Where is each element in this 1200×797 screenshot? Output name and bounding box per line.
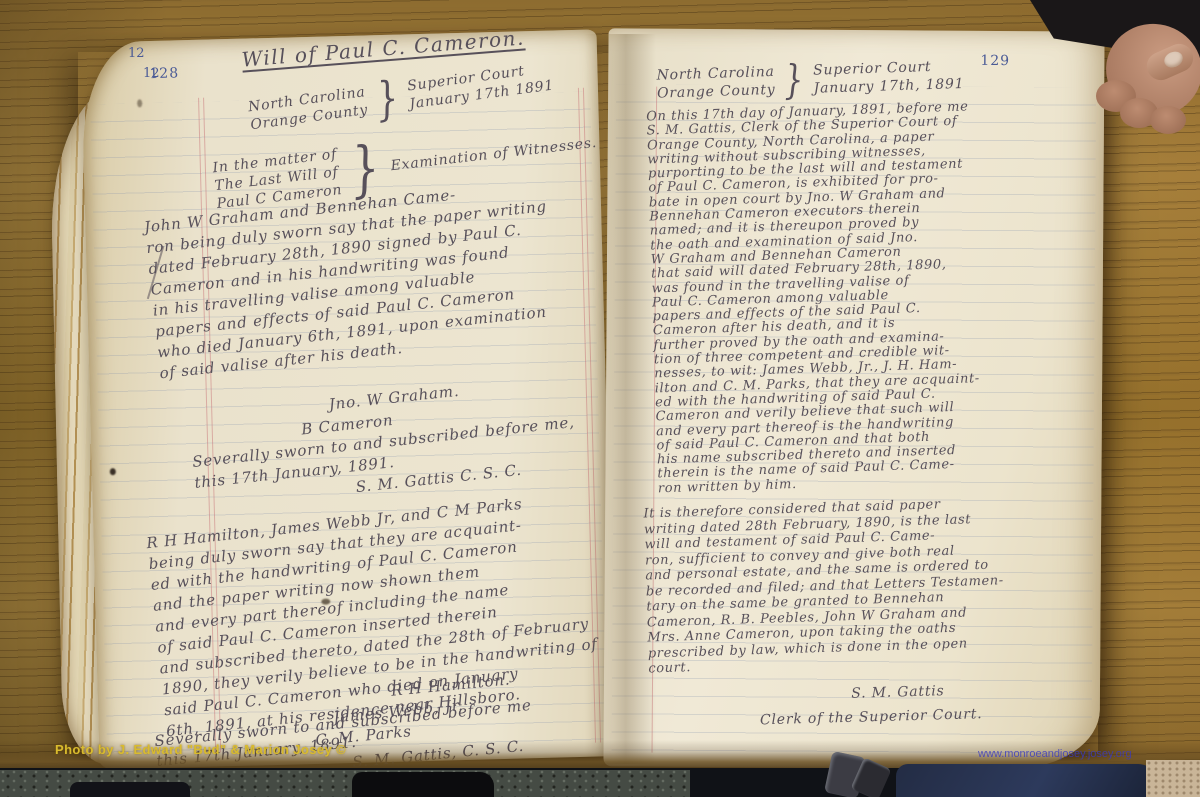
caption-right-column: Examination of Witnesses.	[390, 134, 598, 175]
age-spot	[137, 99, 142, 107]
handwritten-line: Orange County	[657, 81, 776, 103]
dark-object	[70, 782, 190, 797]
handwritten-line: Examination of Witnesses.	[390, 134, 598, 175]
brace-glyph: }	[350, 159, 381, 180]
blue-fabric	[896, 764, 1158, 797]
website-watermark: www.monroeandjosey.josey.org	[978, 748, 1132, 760]
patterned-fabric	[1146, 760, 1200, 797]
probate-order-paragraph-1: On this 17th day of January, 1891, befor…	[646, 100, 983, 496]
hand-finger	[1150, 106, 1186, 134]
clerk-signature-block: S. M. GattisClerk of the Superior Court.	[759, 678, 983, 732]
caption-right-column: Superior CourtJanuary 17th, 1891	[813, 57, 965, 98]
photo-will-book-spread: 12 12 128 Will of Paul C. Cameron. North…	[0, 0, 1200, 797]
ledger-left-page: 128 Will of Paul C. Cameron. North Carol…	[81, 29, 616, 769]
under-page-number: 12	[143, 66, 160, 81]
dark-object	[352, 772, 494, 797]
probate-order-paragraph-2: It is therefore considered that said pap…	[643, 495, 1006, 677]
handwritten-line: S. M. Gattis	[851, 678, 982, 706]
caption-left-column: North CarolinaOrange County	[656, 63, 775, 103]
page-number-129: 129	[980, 53, 1010, 69]
ledger-right-page: 129 North CarolinaOrange County } Superi…	[603, 28, 1104, 769]
metal-clamp	[822, 750, 900, 797]
age-spot	[110, 468, 116, 475]
photographer-watermark: Photo by J. Edward "Bud" & Marion Josey …	[55, 742, 346, 757]
hand	[1098, 22, 1200, 148]
brace-glyph: }	[375, 88, 400, 109]
brace-glyph: }	[784, 71, 804, 90]
under-page-number: 12	[128, 46, 145, 61]
